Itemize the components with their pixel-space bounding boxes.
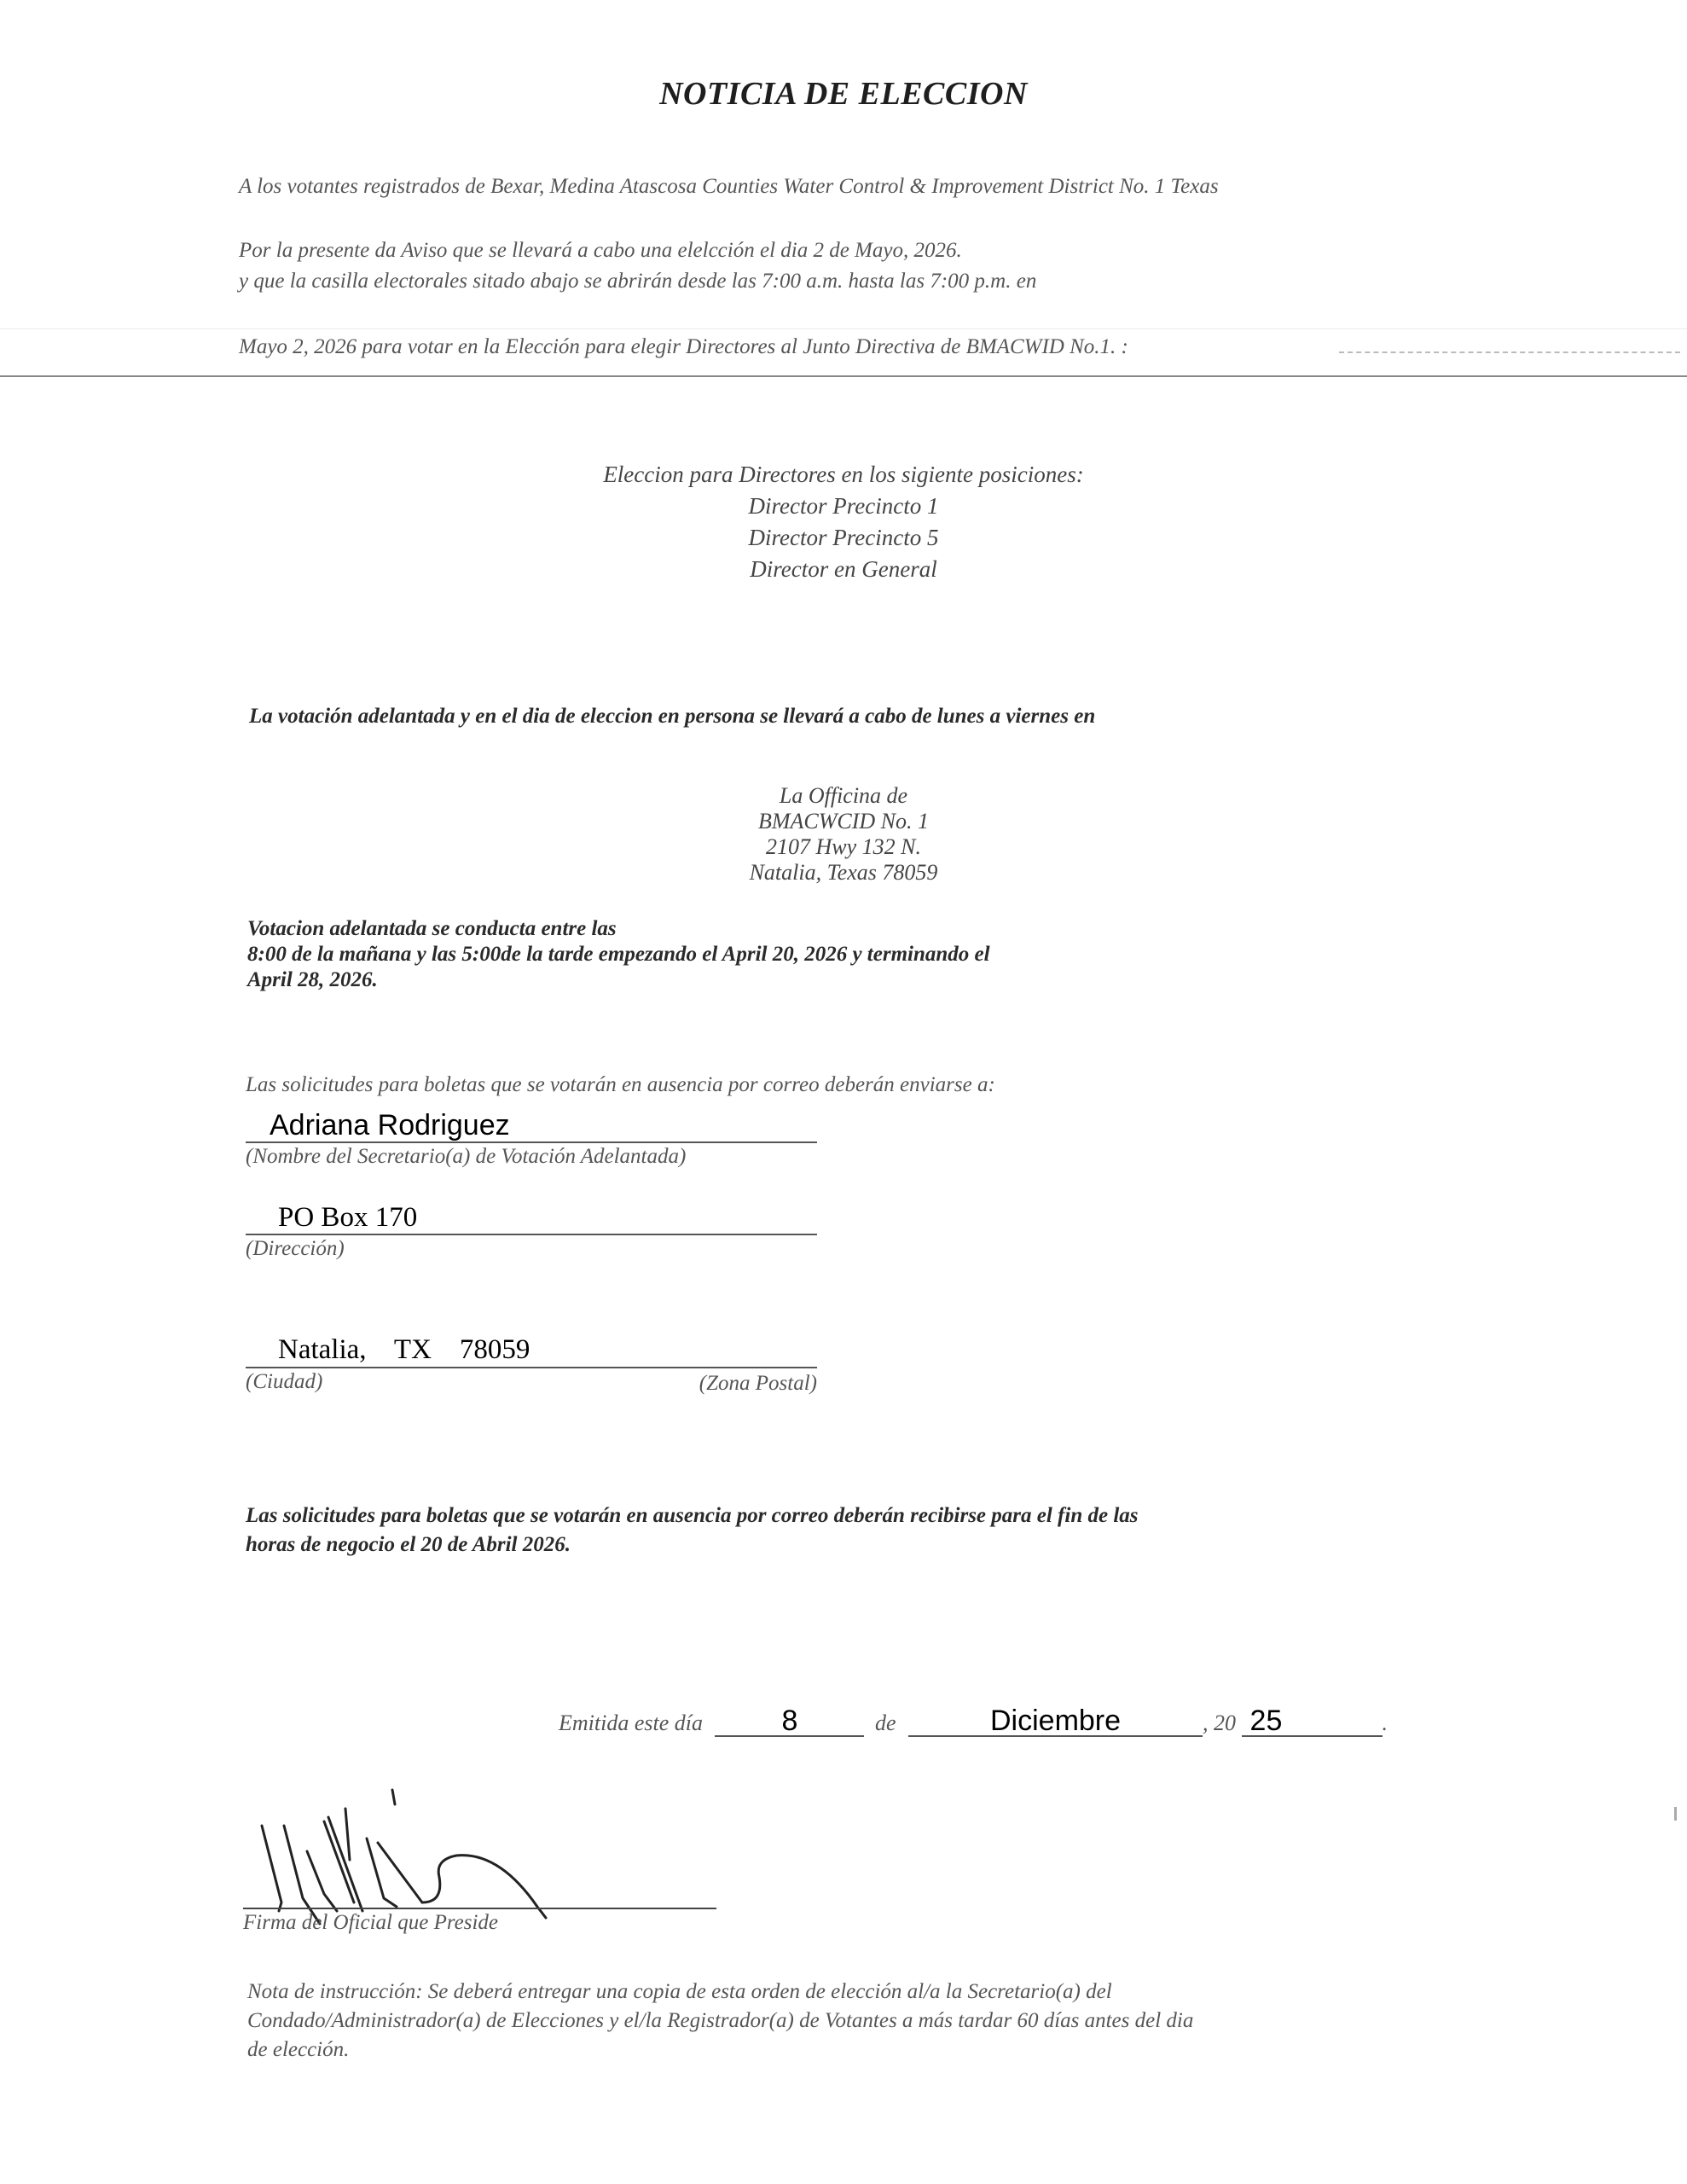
office-line: Natalia, Texas 78059 xyxy=(0,860,1687,886)
address-field: PO Box 170 (Dirección) xyxy=(246,1201,817,1261)
note-line: de elección. xyxy=(247,2036,1193,2065)
clerk-name-underline xyxy=(246,1141,817,1143)
announcement-line-3: Mayo 2, 2026 para votar en la Elección p… xyxy=(239,335,1128,359)
office-line: La Officina de xyxy=(0,783,1687,809)
announcement-line-1: Por la presente da Aviso que se llevará … xyxy=(239,239,962,263)
position-item: Director Precincto 1 xyxy=(0,491,1687,522)
issued-date-line: Emitida este día 8 de Diciembre, 20 25. xyxy=(559,1706,1388,1737)
positions-heading: Eleccion para Directores en los sigiente… xyxy=(0,459,1687,491)
section-divider xyxy=(0,375,1687,377)
note-line: Condado/Administrador(a) de Elecciones y… xyxy=(247,2007,1193,2036)
city-value: Natalia, TX 78059 xyxy=(246,1333,817,1367)
mail-ballot-intro: Las solicitudes para boletas que se vota… xyxy=(246,1073,995,1097)
dashed-rule xyxy=(1339,351,1680,353)
early-voting-block: Votacion adelantada se conducta entre la… xyxy=(247,916,990,993)
issued-month-value: Diciembre xyxy=(908,1706,1203,1737)
early-voting-line: 8:00 de la mañana y las 5:00de la tarde … xyxy=(247,942,990,967)
issued-prefix: Emitida este día xyxy=(559,1711,703,1735)
note-line: Nota de instrucción: Se deberá entregar … xyxy=(247,1978,1193,2007)
clerk-name-field: Adriana Rodriguez (Nombre del Secretario… xyxy=(246,1109,817,1169)
issued-day-value: 8 xyxy=(715,1706,864,1737)
scan-speck xyxy=(1674,1807,1677,1821)
office-line: 2107 Hwy 132 N. xyxy=(0,834,1687,860)
clerk-name-caption: (Nombre del Secretario(a) de Votación Ad… xyxy=(246,1145,817,1169)
office-address-block: La Officina de BMACWCID No. 1 2107 Hwy 1… xyxy=(0,783,1687,886)
issued-end: . xyxy=(1383,1711,1388,1735)
addressee-line: A los votantes registrados de Bexar, Med… xyxy=(239,175,1219,199)
document-title: NOTICIA DE ELECCION xyxy=(0,75,1687,113)
signature-icon xyxy=(243,1774,601,1928)
issued-century: , 20 xyxy=(1203,1711,1236,1735)
position-item: Director Precincto 5 xyxy=(0,522,1687,554)
positions-block: Eleccion para Directores en los sigiente… xyxy=(0,459,1687,585)
address-value: PO Box 170 xyxy=(246,1201,817,1234)
address-caption: (Dirección) xyxy=(246,1237,817,1261)
in-person-voting-text: La votación adelantada y en el dia de el… xyxy=(249,705,1095,729)
signature-caption: Firma del Oficial que Preside xyxy=(243,1911,498,1935)
announcement-line-2: y que la casilla electorales sitado abaj… xyxy=(239,270,1036,293)
signature-underline xyxy=(243,1908,716,1909)
position-item: Director en General xyxy=(0,554,1687,585)
mail-deadline-block: Las solicitudes para boletas que se vota… xyxy=(246,1501,1139,1560)
city-caption: (Ciudad) xyxy=(246,1370,322,1394)
deadline-line: Las solicitudes para boletas que se vota… xyxy=(246,1501,1139,1531)
deadline-line: horas de negocio el 20 de Abril 2026. xyxy=(246,1531,1139,1560)
zip-caption: (Zona Postal) xyxy=(699,1372,817,1396)
clerk-name-value: Adriana Rodriguez xyxy=(246,1109,817,1141)
issued-de: de xyxy=(875,1711,896,1735)
address-underline xyxy=(246,1234,817,1235)
scan-artifact-line xyxy=(0,328,1687,329)
city-field: Natalia, TX 78059 (Ciudad) (Zona Postal) xyxy=(246,1333,817,1397)
early-voting-line: Votacion adelantada se conducta entre la… xyxy=(247,916,990,942)
office-line: BMACWCID No. 1 xyxy=(0,809,1687,834)
instruction-note: Nota de instrucción: Se deberá entregar … xyxy=(247,1978,1193,2065)
issued-year-value: 25 xyxy=(1242,1706,1383,1737)
early-voting-line: April 28, 2026. xyxy=(247,967,990,993)
